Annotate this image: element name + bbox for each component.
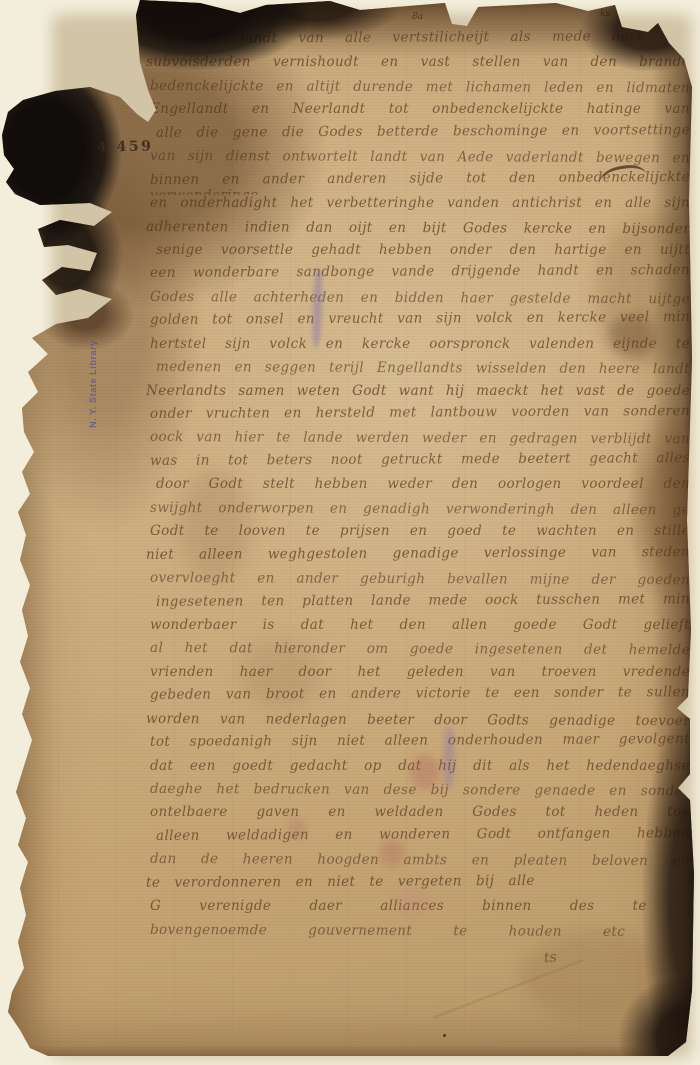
manuscript-page: het landt van alle vertstilicheijt als m… bbox=[0, 0, 700, 1065]
library-stamp: N. Y. State Library bbox=[41, 329, 145, 439]
scan-background: het landt van alle vertstilicheijt als m… bbox=[0, 0, 700, 1065]
catalog-number-stamp: 4 459 bbox=[97, 138, 154, 155]
burned-edges bbox=[0, 0, 700, 1065]
